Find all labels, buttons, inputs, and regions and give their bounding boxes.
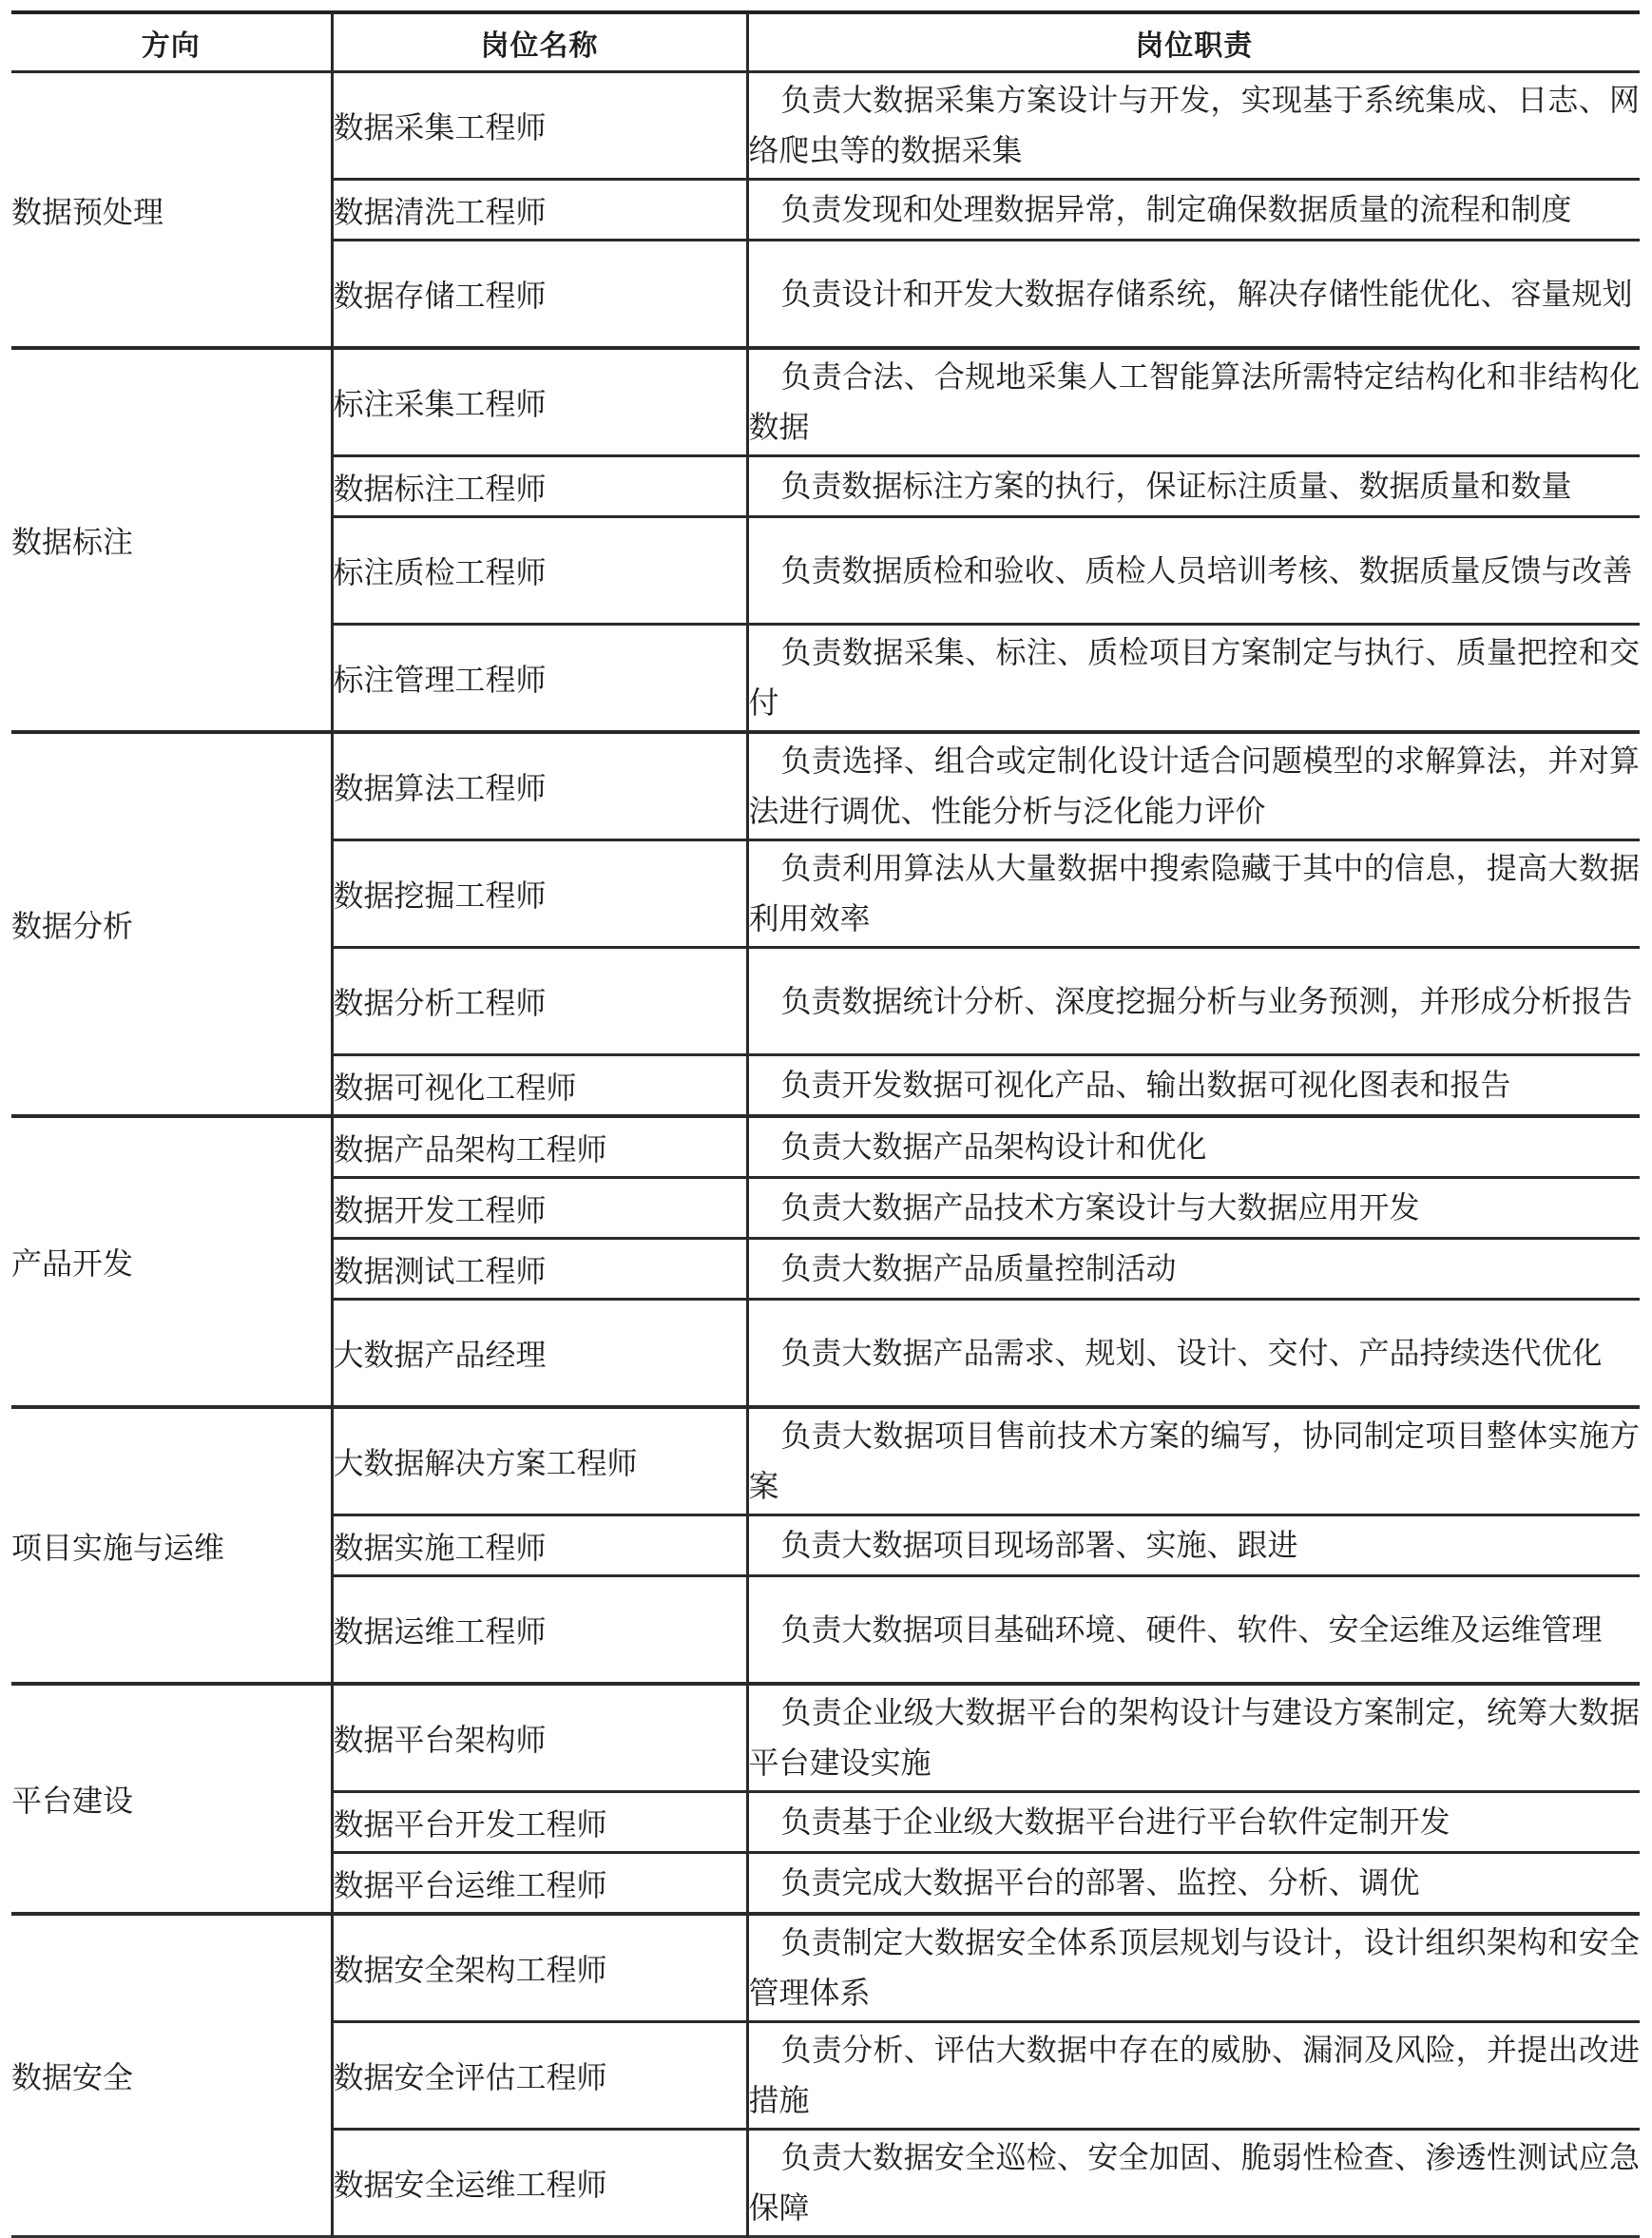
direction-cell: 产品开发 bbox=[11, 1116, 332, 1407]
job-duty-cell: 负责大数据产品质量控制活动 bbox=[747, 1239, 1640, 1300]
job-duty-cell: 负责数据标注方案的执行，保证标注质量、数据质量和数量 bbox=[747, 456, 1640, 517]
table-body: 数据预处理数据采集工程师负责大数据采集方案设计与开发，实现基于系统集成、日志、网… bbox=[11, 72, 1640, 2237]
job-title-cell: 标注采集工程师 bbox=[332, 348, 747, 456]
job-title-cell: 数据算法工程师 bbox=[332, 732, 747, 840]
job-duty-cell: 负责设计和开发大数据存储系统，解决存储性能优化、容量规划 bbox=[747, 241, 1640, 349]
job-duty-cell: 负责企业级大数据平台的架构设计与建设方案制定，统筹大数据平台建设实施 bbox=[747, 1684, 1640, 1792]
job-title-cell: 数据平台开发工程师 bbox=[332, 1792, 747, 1853]
job-duty-cell: 负责数据质检和验收、质检人员培训考核、数据质量反馈与改善 bbox=[747, 517, 1640, 625]
table-row: 数据分析数据算法工程师负责选择、组合或定制化设计适合问题模型的求解算法，并对算法… bbox=[11, 732, 1640, 840]
job-duty-cell: 负责制定大数据安全体系顶层规划与设计，设计组织架构和安全管理体系 bbox=[747, 1914, 1640, 2022]
job-duty-cell: 负责大数据采集方案设计与开发，实现基于系统集成、日志、网络爬虫等的数据采集 bbox=[747, 72, 1640, 180]
job-title-cell: 数据产品架构工程师 bbox=[332, 1116, 747, 1178]
job-duty-cell: 负责利用算法从大量数据中搜索隐藏于其中的信息，提高大数据利用效率 bbox=[747, 840, 1640, 948]
job-title-cell: 数据测试工程师 bbox=[332, 1239, 747, 1300]
job-duty-cell: 负责基于企业级大数据平台进行平台软件定制开发 bbox=[747, 1792, 1640, 1853]
job-title-cell: 数据采集工程师 bbox=[332, 72, 747, 180]
job-title-cell: 数据存储工程师 bbox=[332, 241, 747, 349]
job-title-cell: 标注管理工程师 bbox=[332, 625, 747, 733]
table-row: 数据标注标注采集工程师负责合法、合规地采集人工智能算法所需特定结构化和非结构化数… bbox=[11, 348, 1640, 456]
direction-cell: 数据预处理 bbox=[11, 72, 332, 349]
header-job-duty: 岗位职责 bbox=[747, 12, 1640, 72]
job-title-cell: 数据平台架构师 bbox=[332, 1684, 747, 1792]
job-duty-cell: 负责发现和处理数据异常，制定确保数据质量的流程和制度 bbox=[747, 180, 1640, 241]
job-duty-cell: 负责开发数据可视化产品、输出数据可视化图表和报告 bbox=[747, 1055, 1640, 1117]
job-title-cell: 标注质检工程师 bbox=[332, 517, 747, 625]
job-duty-cell: 负责数据采集、标注、质检项目方案制定与执行、质量把控和交付 bbox=[747, 625, 1640, 733]
table-row: 产品开发数据产品架构工程师负责大数据产品架构设计和优化 bbox=[11, 1116, 1640, 1178]
job-duty-cell: 负责数据统计分析、深度挖掘分析与业务预测，并形成分析报告 bbox=[747, 948, 1640, 1055]
direction-cell: 数据分析 bbox=[11, 732, 332, 1116]
job-duty-cell: 负责合法、合规地采集人工智能算法所需特定结构化和非结构化数据 bbox=[747, 348, 1640, 456]
job-title-cell: 数据安全评估工程师 bbox=[332, 2022, 747, 2130]
direction-cell: 项目实施与运维 bbox=[11, 1407, 332, 1684]
job-duty-cell: 负责大数据安全巡检、安全加固、脆弱性检查、渗透性测试应急保障 bbox=[747, 2130, 1640, 2237]
table-row: 数据预处理数据采集工程师负责大数据采集方案设计与开发，实现基于系统集成、日志、网… bbox=[11, 72, 1640, 180]
job-title-cell: 数据安全运维工程师 bbox=[332, 2130, 747, 2237]
job-title-cell: 数据开发工程师 bbox=[332, 1178, 747, 1239]
job-duty-cell: 负责完成大数据平台的部署、监控、分析、调优 bbox=[747, 1853, 1640, 1915]
job-roles-table: 方向 岗位名称 岗位职责 数据预处理数据采集工程师负责大数据采集方案设计与开发，… bbox=[11, 10, 1640, 2238]
job-duty-cell: 负责大数据项目现场部署、实施、跟进 bbox=[747, 1515, 1640, 1576]
table-row: 平台建设数据平台架构师负责企业级大数据平台的架构设计与建设方案制定，统筹大数据平… bbox=[11, 1684, 1640, 1792]
job-title-cell: 大数据产品经理 bbox=[332, 1300, 747, 1408]
job-duty-cell: 负责大数据产品技术方案设计与大数据应用开发 bbox=[747, 1178, 1640, 1239]
direction-cell: 数据安全 bbox=[11, 1914, 332, 2237]
job-title-cell: 数据可视化工程师 bbox=[332, 1055, 747, 1117]
job-title-cell: 大数据解决方案工程师 bbox=[332, 1407, 747, 1515]
job-duty-cell: 负责选择、组合或定制化设计适合问题模型的求解算法，并对算法进行调优、性能分析与泛… bbox=[747, 732, 1640, 840]
header-row: 方向 岗位名称 岗位职责 bbox=[11, 12, 1640, 72]
header-direction: 方向 bbox=[11, 12, 332, 72]
table-row: 数据安全数据安全架构工程师负责制定大数据安全体系顶层规划与设计，设计组织架构和安… bbox=[11, 1914, 1640, 2022]
header-job-title: 岗位名称 bbox=[332, 12, 747, 72]
job-title-cell: 数据平台运维工程师 bbox=[332, 1853, 747, 1915]
job-duty-cell: 负责大数据项目售前技术方案的编写，协同制定项目整体实施方案 bbox=[747, 1407, 1640, 1515]
job-title-cell: 数据分析工程师 bbox=[332, 948, 747, 1055]
job-title-cell: 数据安全架构工程师 bbox=[332, 1914, 747, 2022]
job-title-cell: 数据实施工程师 bbox=[332, 1515, 747, 1576]
job-title-cell: 数据挖掘工程师 bbox=[332, 840, 747, 948]
job-title-cell: 数据标注工程师 bbox=[332, 456, 747, 517]
direction-cell: 数据标注 bbox=[11, 348, 332, 732]
direction-cell: 平台建设 bbox=[11, 1684, 332, 1914]
job-title-cell: 数据清洗工程师 bbox=[332, 180, 747, 241]
job-duty-cell: 负责大数据产品需求、规划、设计、交付、产品持续迭代优化 bbox=[747, 1300, 1640, 1408]
job-title-cell: 数据运维工程师 bbox=[332, 1576, 747, 1685]
job-duty-cell: 负责分析、评估大数据中存在的威胁、漏洞及风险，并提出改进措施 bbox=[747, 2022, 1640, 2130]
job-duty-cell: 负责大数据项目基础环境、硬件、软件、安全运维及运维管理 bbox=[747, 1576, 1640, 1685]
job-duty-cell: 负责大数据产品架构设计和优化 bbox=[747, 1116, 1640, 1178]
table-row: 项目实施与运维大数据解决方案工程师负责大数据项目售前技术方案的编写，协同制定项目… bbox=[11, 1407, 1640, 1515]
